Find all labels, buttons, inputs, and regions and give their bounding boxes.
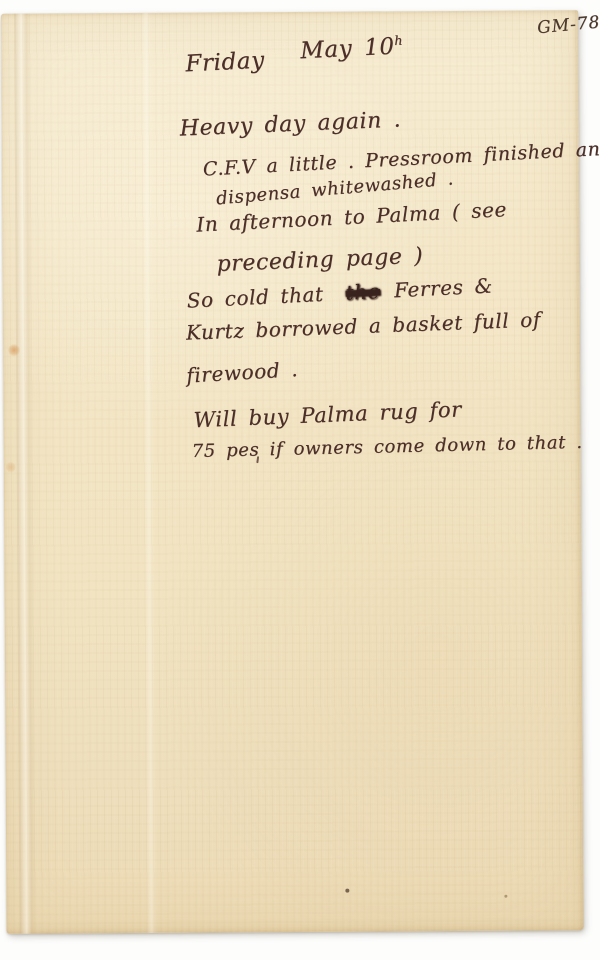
ink-speck [345, 889, 349, 893]
foxing-stain [8, 344, 20, 357]
heading-date-number: May 10 [300, 34, 396, 65]
heading-day: Friday [185, 47, 266, 77]
line-text: Ferres & [393, 273, 493, 302]
foxing-stain [6, 462, 16, 473]
scribbled-out-word: the [345, 279, 381, 305]
heading-date: May 10h [300, 33, 404, 65]
diary-page: GM-78 FridayMay 10h Heavy day again . C.… [1, 10, 584, 934]
photo-background: GM-78 FridayMay 10h Heavy day again . C.… [0, 0, 600, 960]
heading-date-superscript: h [394, 33, 403, 48]
ink-speck [504, 895, 507, 898]
